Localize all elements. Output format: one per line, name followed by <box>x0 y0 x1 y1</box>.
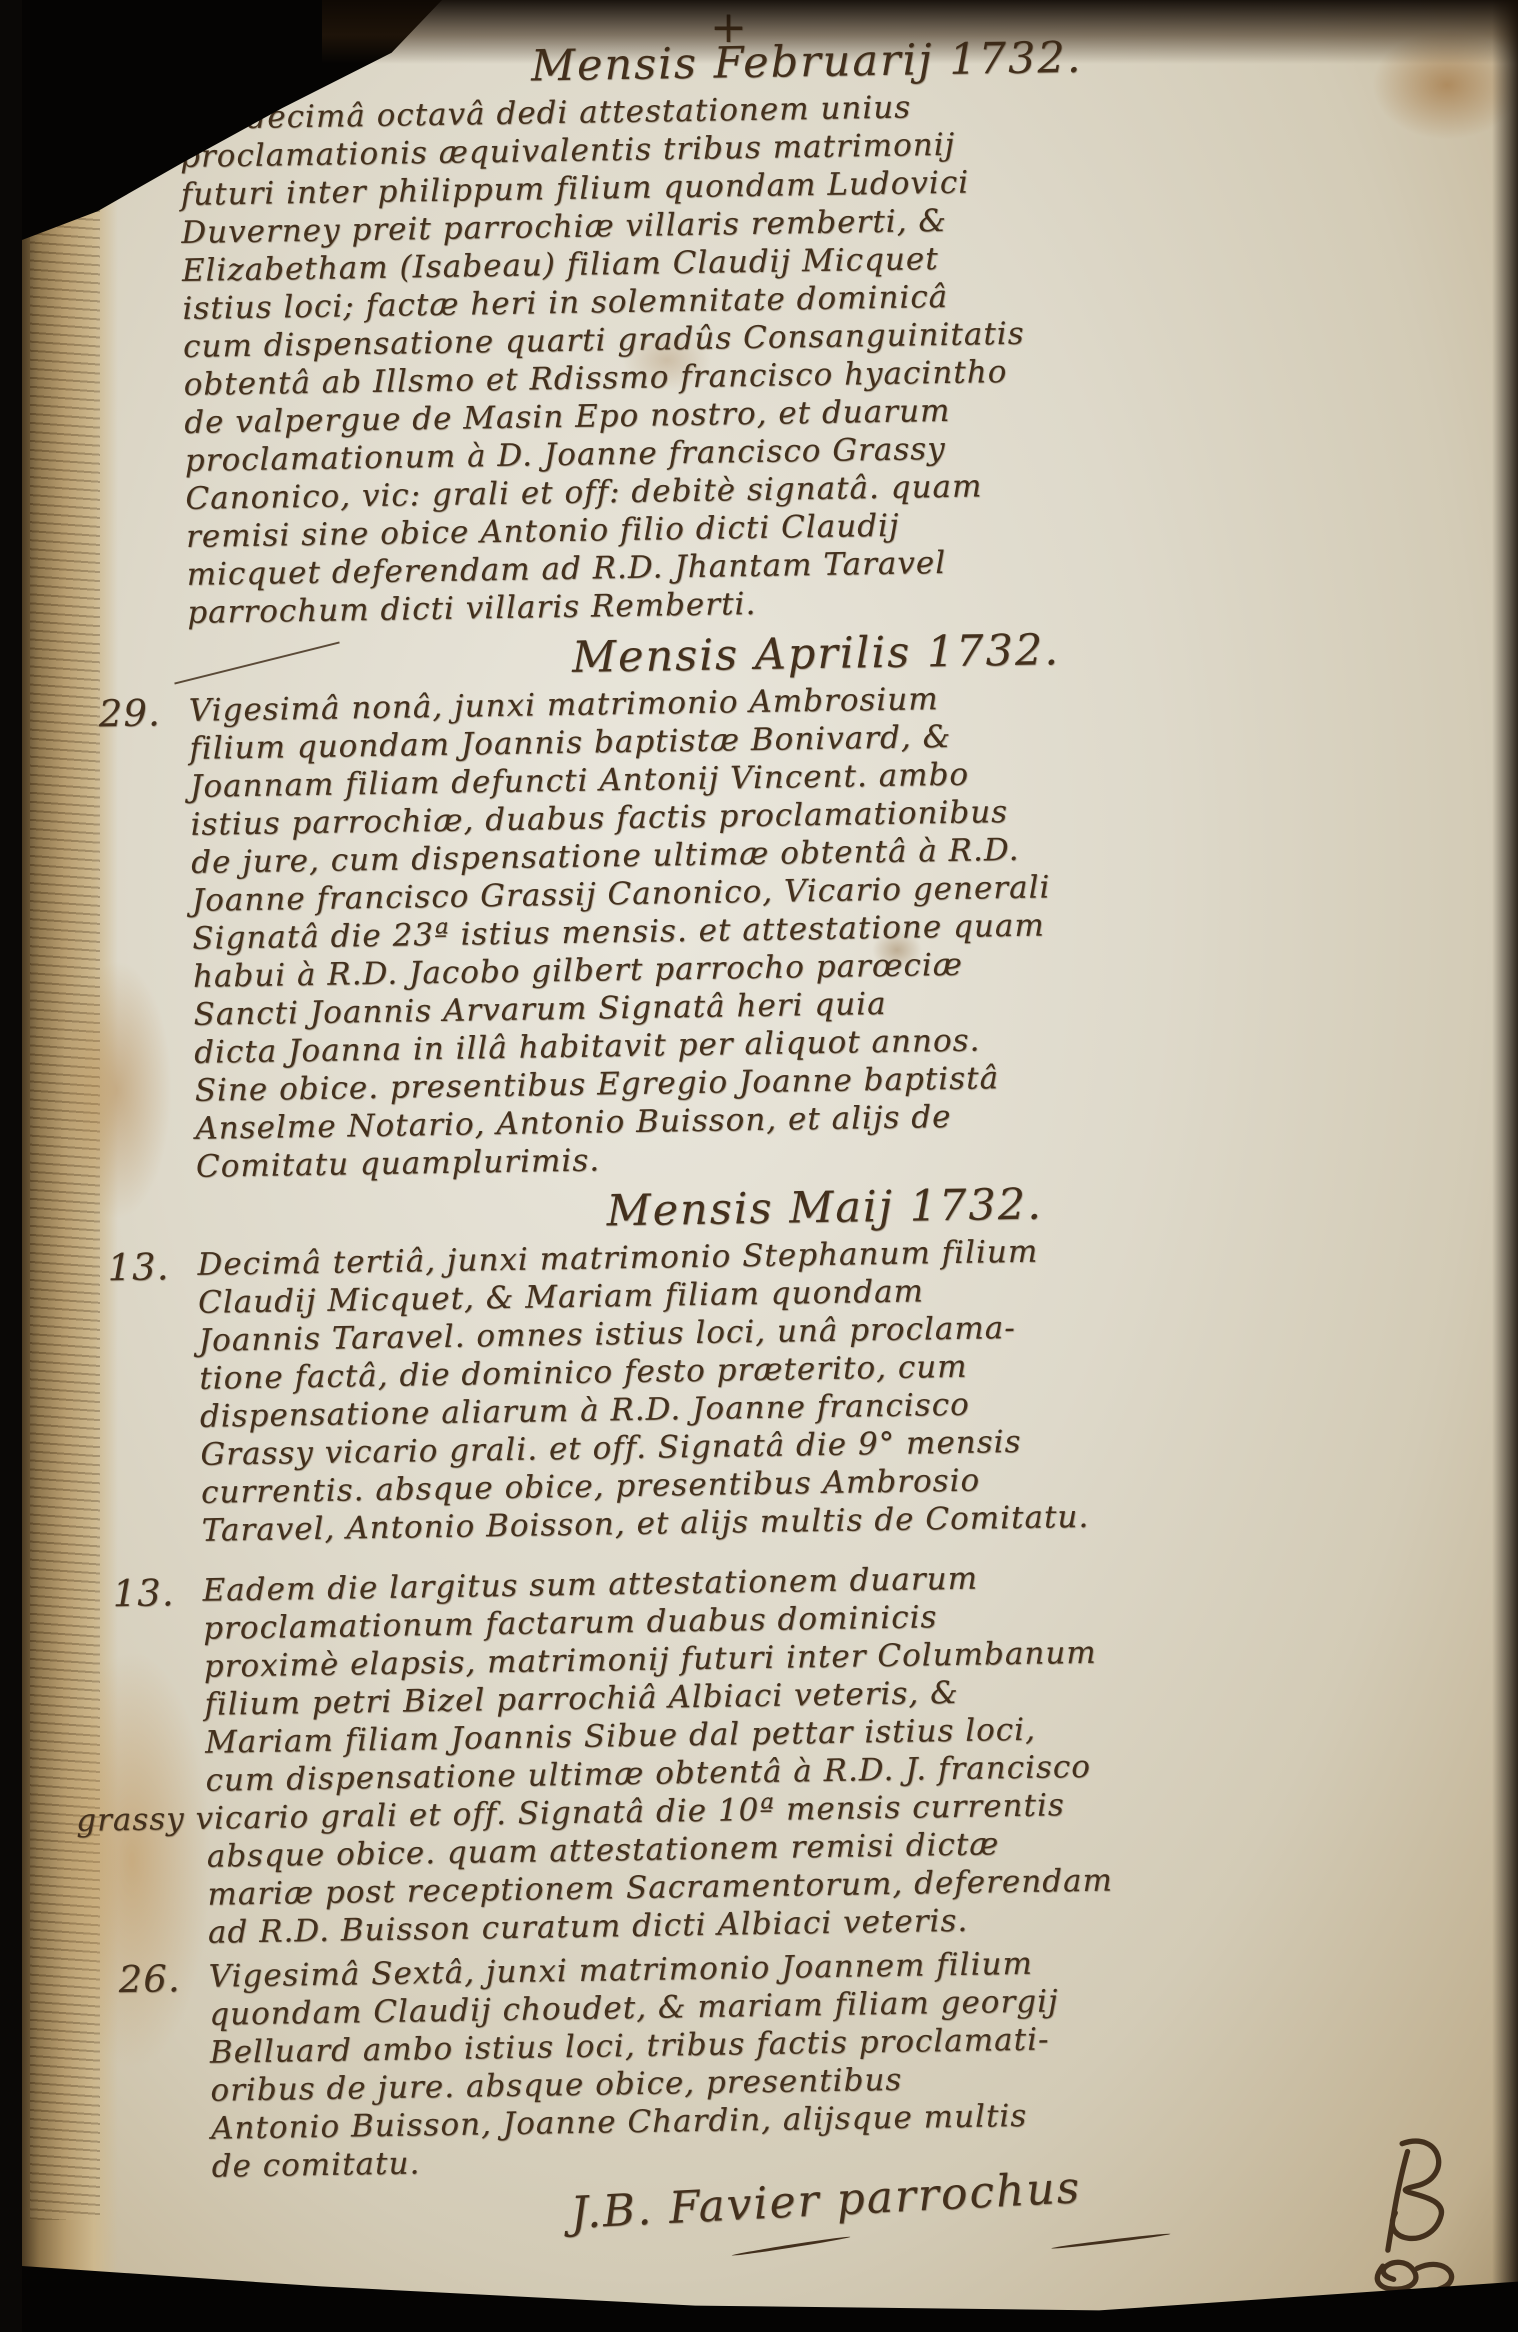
pen-flourish <box>731 2235 850 2257</box>
entry-day-number: 29. <box>99 694 161 733</box>
photo-top-edge <box>322 0 1518 64</box>
entry-april-29: 29. Vigesimâ nonâ, junxi matrimonio Ambr… <box>147 672 1495 1187</box>
pen-flourish <box>1051 2232 1170 2249</box>
register-page: 138. + Mensis Februarij 1732. 18. Die de… <box>22 0 1518 2332</box>
entry-february-18: 18. Die decimâ octavâ dedi attestationem… <box>137 80 1485 633</box>
manuscript-text: Mensis Februarij 1732. 18. Die decimâ oc… <box>136 24 1511 2303</box>
photo-background: 138. + Mensis Februarij 1732. 18. Die de… <box>0 0 1518 2332</box>
entry-may-13-second: 13. Eadem die largitus sum attestationem… <box>160 1551 1506 1952</box>
signature-row: J.B. Favier parrochus <box>170 2171 1512 2302</box>
entry-day-number: 26. <box>118 1960 180 1999</box>
page-edges-texture <box>30 120 100 2220</box>
photo-right-edge <box>1492 0 1518 2332</box>
entry-day-number: 13. <box>107 1248 169 1287</box>
entry-may-13-first: 13. Decimâ tertiâ, junxi matrimonio Step… <box>155 1225 1500 1550</box>
entry-may-26: 26. Vigesimâ Sextâ, junxi matrimonio Joa… <box>166 1937 1509 2186</box>
entry-day-number: 13. <box>112 1574 174 1613</box>
